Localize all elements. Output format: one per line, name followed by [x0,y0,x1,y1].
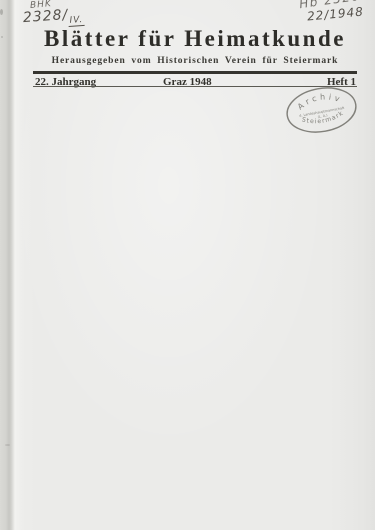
scanned-journal-cover: BHK 2328/IV. Hb 2320 22/1948 Blätter für… [0,0,375,530]
scan-speck [1,36,3,38]
journal-subtitle: Herausgegeben vom Historischen Verein fü… [30,56,360,66]
masthead-rule-thin [33,86,357,87]
archive-stamp: Archiv d. Landeshauptmannschaft (L. A.) … [281,80,361,140]
catalog-number-main: 2328/ [22,7,68,26]
scan-speck [5,444,10,446]
journal-title: Blätter für Heimatkunde [30,26,360,52]
masthead-rule-thick [33,71,357,74]
scan-speck [0,9,3,15]
